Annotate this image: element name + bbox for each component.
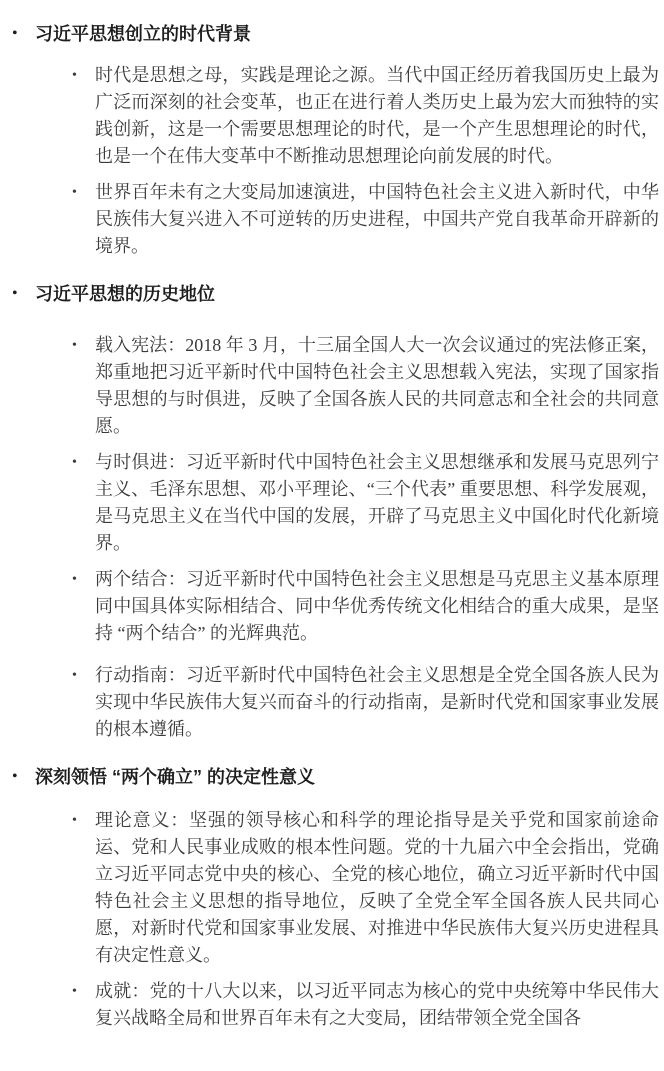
list-item-text: 两个结合：习近平新时代中国特色社会主义思想是马克思主义基本原理同中国具体实际相结… <box>95 566 659 647</box>
section-heading: 深刻领悟 “两个确立” 的决定性意义 <box>35 765 654 789</box>
list-item-text: 时代是思想之母，实践是理论之源。当代中国正经历着我国历史上最为广泛而深刻的社会变… <box>95 62 659 170</box>
bullet-icon: • <box>12 284 18 304</box>
list-item: • 与时俱进：习近平新时代中国特色社会主义思想继承和发展马克思列宁主义、毛泽东思… <box>0 449 664 557</box>
list-item: • 世界百年未有之大变局加速演进，中国特色社会主义进入新时代，中华民族伟大复兴进… <box>0 179 664 260</box>
list-item-text: 理论意义：坚强的领导核心和科学的理论指导是关乎党和国家前途命运、党和人民事业成败… <box>95 807 659 969</box>
bullet-icon: • <box>72 65 77 87</box>
list-item-text: 载入宪法：2018 年 3 月，十三届全国人大一次会议通过的宪法修正案，郑重地把… <box>95 332 659 440</box>
list-item: • 时代是思想之母，实践是理论之源。当代中国正经历着我国历史上最为广泛而深刻的社… <box>0 62 664 170</box>
section-era-background: • 习近平思想创立的时代背景 • 时代是思想之母，实践是理论之源。当代中国正经历… <box>0 22 664 260</box>
list-item: • 载入宪法：2018 年 3 月，十三届全国人大一次会议通过的宪法修正案，郑重… <box>0 332 664 440</box>
bullet-icon: • <box>72 981 77 1003</box>
bullet-icon: • <box>72 569 77 591</box>
section-two-establishments: • 深刻领悟 “两个确立” 的决定性意义 • 理论意义：坚强的领导核心和科学的理… <box>0 765 664 1032</box>
section-heading-row: • 深刻领悟 “两个确立” 的决定性意义 <box>0 765 664 789</box>
list-item: • 两个结合：习近平新时代中国特色社会主义思想是马克思主义基本原理同中国具体实际… <box>0 566 664 647</box>
section-heading: 习近平思想创立的时代背景 <box>35 22 654 46</box>
list-item: • 理论意义：坚强的领导核心和科学的理论指导是关乎党和国家前途命运、党和人民事业… <box>0 807 664 969</box>
list-item: • 成就：党的十八大以来，以习近平同志为核心的党中央统筹中华民伟大复兴战略全局和… <box>0 978 664 1032</box>
bullet-icon: • <box>72 810 77 832</box>
list-item-text: 与时俱进：习近平新时代中国特色社会主义思想继承和发展马克思列宁主义、毛泽东思想、… <box>95 449 659 557</box>
document-page: • 习近平思想创立的时代背景 • 时代是思想之母，实践是理论之源。当代中国正经历… <box>0 0 664 1071</box>
section-heading-row: • 习近平思想创立的时代背景 <box>0 22 664 46</box>
bullet-icon: • <box>12 767 18 787</box>
list-item: • 行动指南：习近平新时代中国特色社会主义思想是全党全国各族人民为实现中华民族伟… <box>0 662 664 743</box>
bullet-icon: • <box>72 182 77 204</box>
list-item-text: 行动指南：习近平新时代中国特色社会主义思想是全党全国各族人民为实现中华民族伟大复… <box>95 662 659 743</box>
bullet-icon: • <box>12 24 18 44</box>
bullet-icon: • <box>72 665 77 687</box>
bullet-icon: • <box>72 335 77 357</box>
section-heading: 习近平思想的历史地位 <box>35 282 654 306</box>
section-heading-row: • 习近平思想的历史地位 <box>0 282 664 306</box>
list-item-text: 成就：党的十八大以来，以习近平同志为核心的党中央统筹中华民伟大复兴战略全局和世界… <box>95 978 659 1032</box>
section-historical-status: • 习近平思想的历史地位 • 载入宪法：2018 年 3 月，十三届全国人大一次… <box>0 282 664 743</box>
bullet-icon: • <box>72 452 77 474</box>
list-item-text: 世界百年未有之大变局加速演进，中国特色社会主义进入新时代，中华民族伟大复兴进入不… <box>95 179 659 260</box>
